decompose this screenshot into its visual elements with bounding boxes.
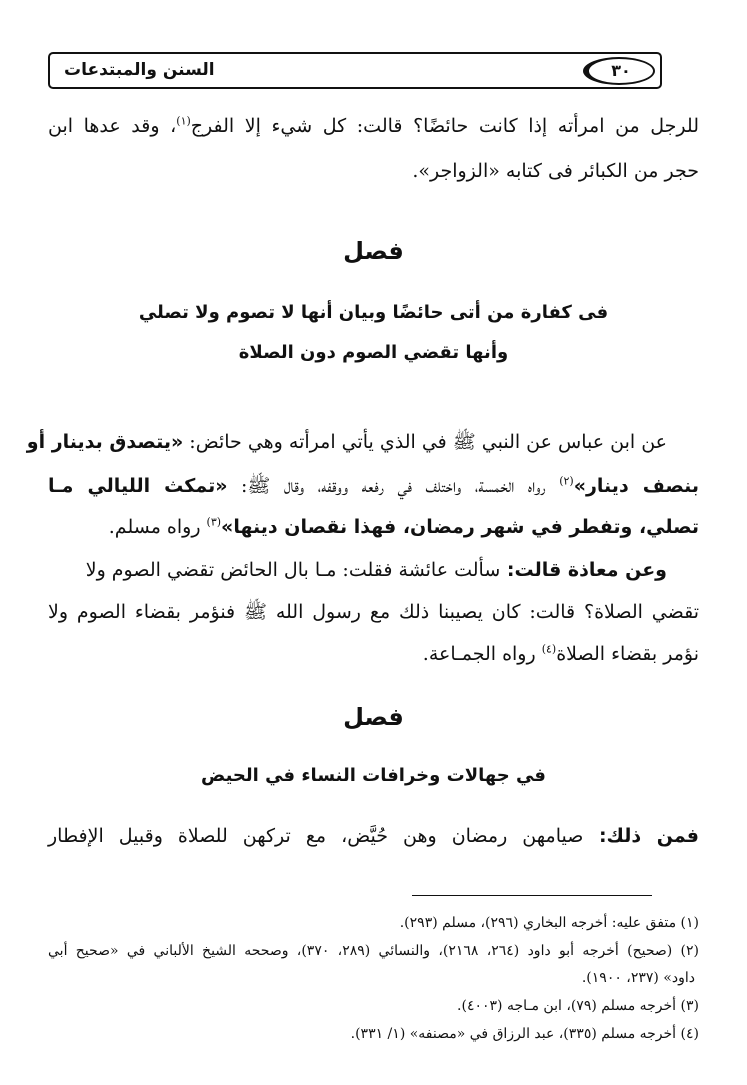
text-span: نؤمر بقضاء الصلاة (556, 643, 699, 665)
text-line: وعن معاذة قالت: سألت عائشة فقلت: مـا بال… (86, 556, 667, 584)
footnote-4: (٤) أخرجه مسلم (٣٣٥)، عبد الرزاق في «مصن… (351, 1023, 699, 1045)
footnote-separator (412, 895, 652, 896)
section-subtitle: وأنها تقضي الصوم دون الصلاة (48, 340, 699, 366)
footnote-ref[interactable]: (١) (176, 115, 191, 128)
section-heading: فصل (48, 702, 699, 732)
quoted-hadith: بنصف دينار» (574, 475, 699, 497)
quoted-hadith: «يتصدق بدينار أو (27, 431, 183, 453)
text-span: عن ابن عباس عن النبي ﷺ في الذي يأتي امرأ… (183, 431, 667, 453)
text-span: رواه مسلم. (109, 516, 207, 538)
section-subtitle: في جهالات وخرافات النساء في الحيض (48, 763, 699, 789)
footnote-ref[interactable]: (٣) (207, 516, 222, 529)
section-heading: فصل (48, 236, 699, 266)
footnote-1: (١) متفق عليه: أخرجه البخاري (٢٩٦)، مسلم… (400, 912, 699, 934)
quoted-hadith: تصلي، وتفطر في شهر رمضان، فهذا نقصان دين… (221, 516, 699, 538)
quoted-hadith: «تمكث الليالي مـا (48, 475, 227, 497)
text-line: حجر من الكبائر فى كتابه «الزواجر». (412, 157, 699, 185)
text-line: بنصف دينار»(٢) رواه الخمسة، واختلف في رف… (48, 472, 699, 500)
page-number: ٣٠ (583, 57, 655, 85)
text-span: صيامهن رمضان وهن حُيَّض، مع تركهن للصلاة… (48, 825, 583, 847)
text-span: سألت عائشة فقلت: مـا بال الحائض تقضي الص… (86, 559, 501, 581)
text-span: رواه الخمسة، واختلف في رفعه ووقفه، وقال … (227, 475, 559, 497)
text-line: عن ابن عباس عن النبي ﷺ في الذي يأتي امرأ… (27, 428, 667, 456)
book-page: السنن والمبتدعات ٣٠ للرجل من امرأته إذا … (0, 0, 747, 1085)
text-line: فمن ذلك: صيامهن رمضان وهن حُيَّض، مع ترك… (48, 822, 699, 850)
text-span: ، وقد عدها ابن (48, 115, 176, 137)
text-span: رواه الجمـاعة. (423, 643, 542, 665)
footnote-2: (٢) (صحيح) أخرجه أبو داود (٢٦٤، ٢١٦٨)، و… (48, 940, 699, 962)
lead-phrase: فمن ذلك: (583, 825, 699, 847)
footnote-2-continued: داود» (٢٣٧، ١٩٠٠). (582, 967, 695, 989)
running-header: السنن والمبتدعات ٣٠ (48, 52, 662, 89)
narrator-name: وعن معاذة قالت: (500, 559, 667, 581)
text-span: للرجل من امرأته إذا كانت حائضًا؟ قالت: ك… (191, 115, 699, 137)
section-subtitle: فى كفارة من أتى حائضًا وبيان أنها لا تصو… (48, 300, 699, 326)
footnote-3: (٣) أخرجه مسلم (٧٩)، ابن مـاجه (٤٠٠٣). (457, 995, 699, 1017)
text-line: تقضي الصلاة؟ قالت: كان يصيبنا ذلك مع رسو… (48, 598, 699, 626)
text-line: تصلي، وتفطر في شهر رمضان، فهذا نقصان دين… (109, 513, 699, 541)
footnote-ref[interactable]: (٤) (542, 643, 557, 656)
book-title: السنن والمبتدعات (64, 60, 215, 80)
footnote-ref[interactable]: (٢) (559, 475, 574, 488)
text-line: للرجل من امرأته إذا كانت حائضًا؟ قالت: ك… (48, 112, 699, 140)
text-line: نؤمر بقضاء الصلاة(٤) رواه الجمـاعة. (423, 640, 699, 668)
